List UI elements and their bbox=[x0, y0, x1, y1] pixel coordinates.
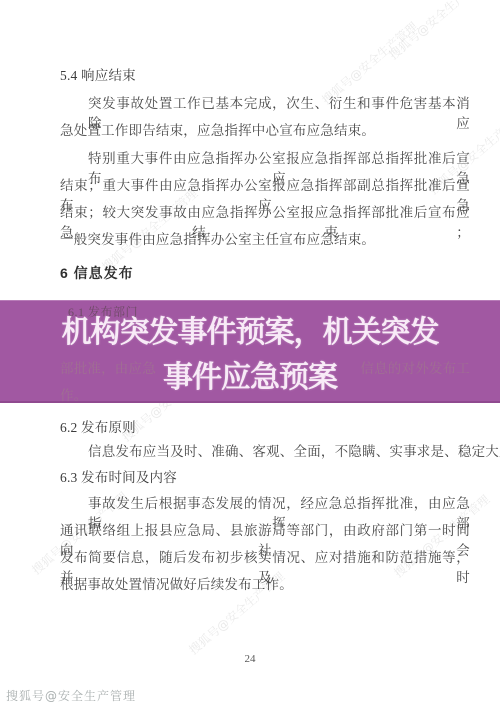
source-watermark: 搜狐号@安全生产管理 bbox=[6, 687, 136, 704]
paragraph-line: 信息发布应当及时、准确、客观、全面，不隐瞒、实事求是、稳定大局。 bbox=[88, 440, 470, 460]
overlay-title-line-2: 事件应急预案 bbox=[163, 361, 337, 394]
paragraph-line: 发布简要信息，随后发布初步核实情况、应对措施和防范措施等，并及时 bbox=[60, 546, 470, 566]
paragraph-line: 事故发生后根据事态发展的情况，经应急总指挥批准，由应急指挥部 bbox=[88, 492, 470, 512]
overlay-title: 机构突发事件预案，机关突发 事件应急预案 bbox=[0, 310, 500, 400]
paragraph-line: 突发事故处置工作已基本完成，次生、衍生和事件危害基本消除，应 bbox=[88, 92, 470, 112]
paragraph-line: 结束；重大事件由应急指挥办公室报应急指挥部副总指挥批准后宣布应急 bbox=[60, 174, 470, 194]
paragraph-line: 通讯联络组上报县应急局、县旅游局等部门，由政府部门第一时间向社会 bbox=[60, 519, 470, 539]
diagonal-watermark: 搜狐号@安全生产管理 bbox=[385, 0, 488, 63]
section-heading-6-3: 6.3 发布时间及内容 bbox=[60, 466, 470, 486]
paragraph-line: 根据事故处置情况做好后续发布工作。 bbox=[60, 573, 470, 593]
paragraph-line: 急处置工作即告结束，应急指挥中心宣布应急结束。 bbox=[60, 119, 470, 139]
section-heading-5-4: 5.4 响应结束 bbox=[60, 64, 470, 84]
section-heading-6-2: 6.2 发布原则 bbox=[60, 416, 470, 436]
section-heading-6: 6 信息发布 bbox=[60, 263, 470, 283]
page-number: 24 bbox=[0, 653, 500, 665]
overlay-title-line-1: 机构突发事件预案，机关突发 bbox=[62, 316, 439, 349]
title-overlay-band: 6.1 发布部门 部批准，由应急 信息的对外发布工 作。 机构突发事件预案，机关… bbox=[0, 300, 500, 403]
document-page: 搜狐号@安全生产管理 搜狐号@安全生产管理 搜狐号@安全生产管理 搜狐号@安全生… bbox=[0, 0, 500, 707]
paragraph-line: 结束；较大突发事故由应急指挥办公室报应急指挥部批准后宣布应急结束； bbox=[60, 201, 470, 221]
paragraph-line: 一般突发事件由应急指挥办公室主任宣布应急结束。 bbox=[60, 228, 470, 248]
paragraph-line: 特别重大事件由应急指挥办公室报应急指挥部总指挥批准后宣布应急 bbox=[88, 147, 470, 167]
